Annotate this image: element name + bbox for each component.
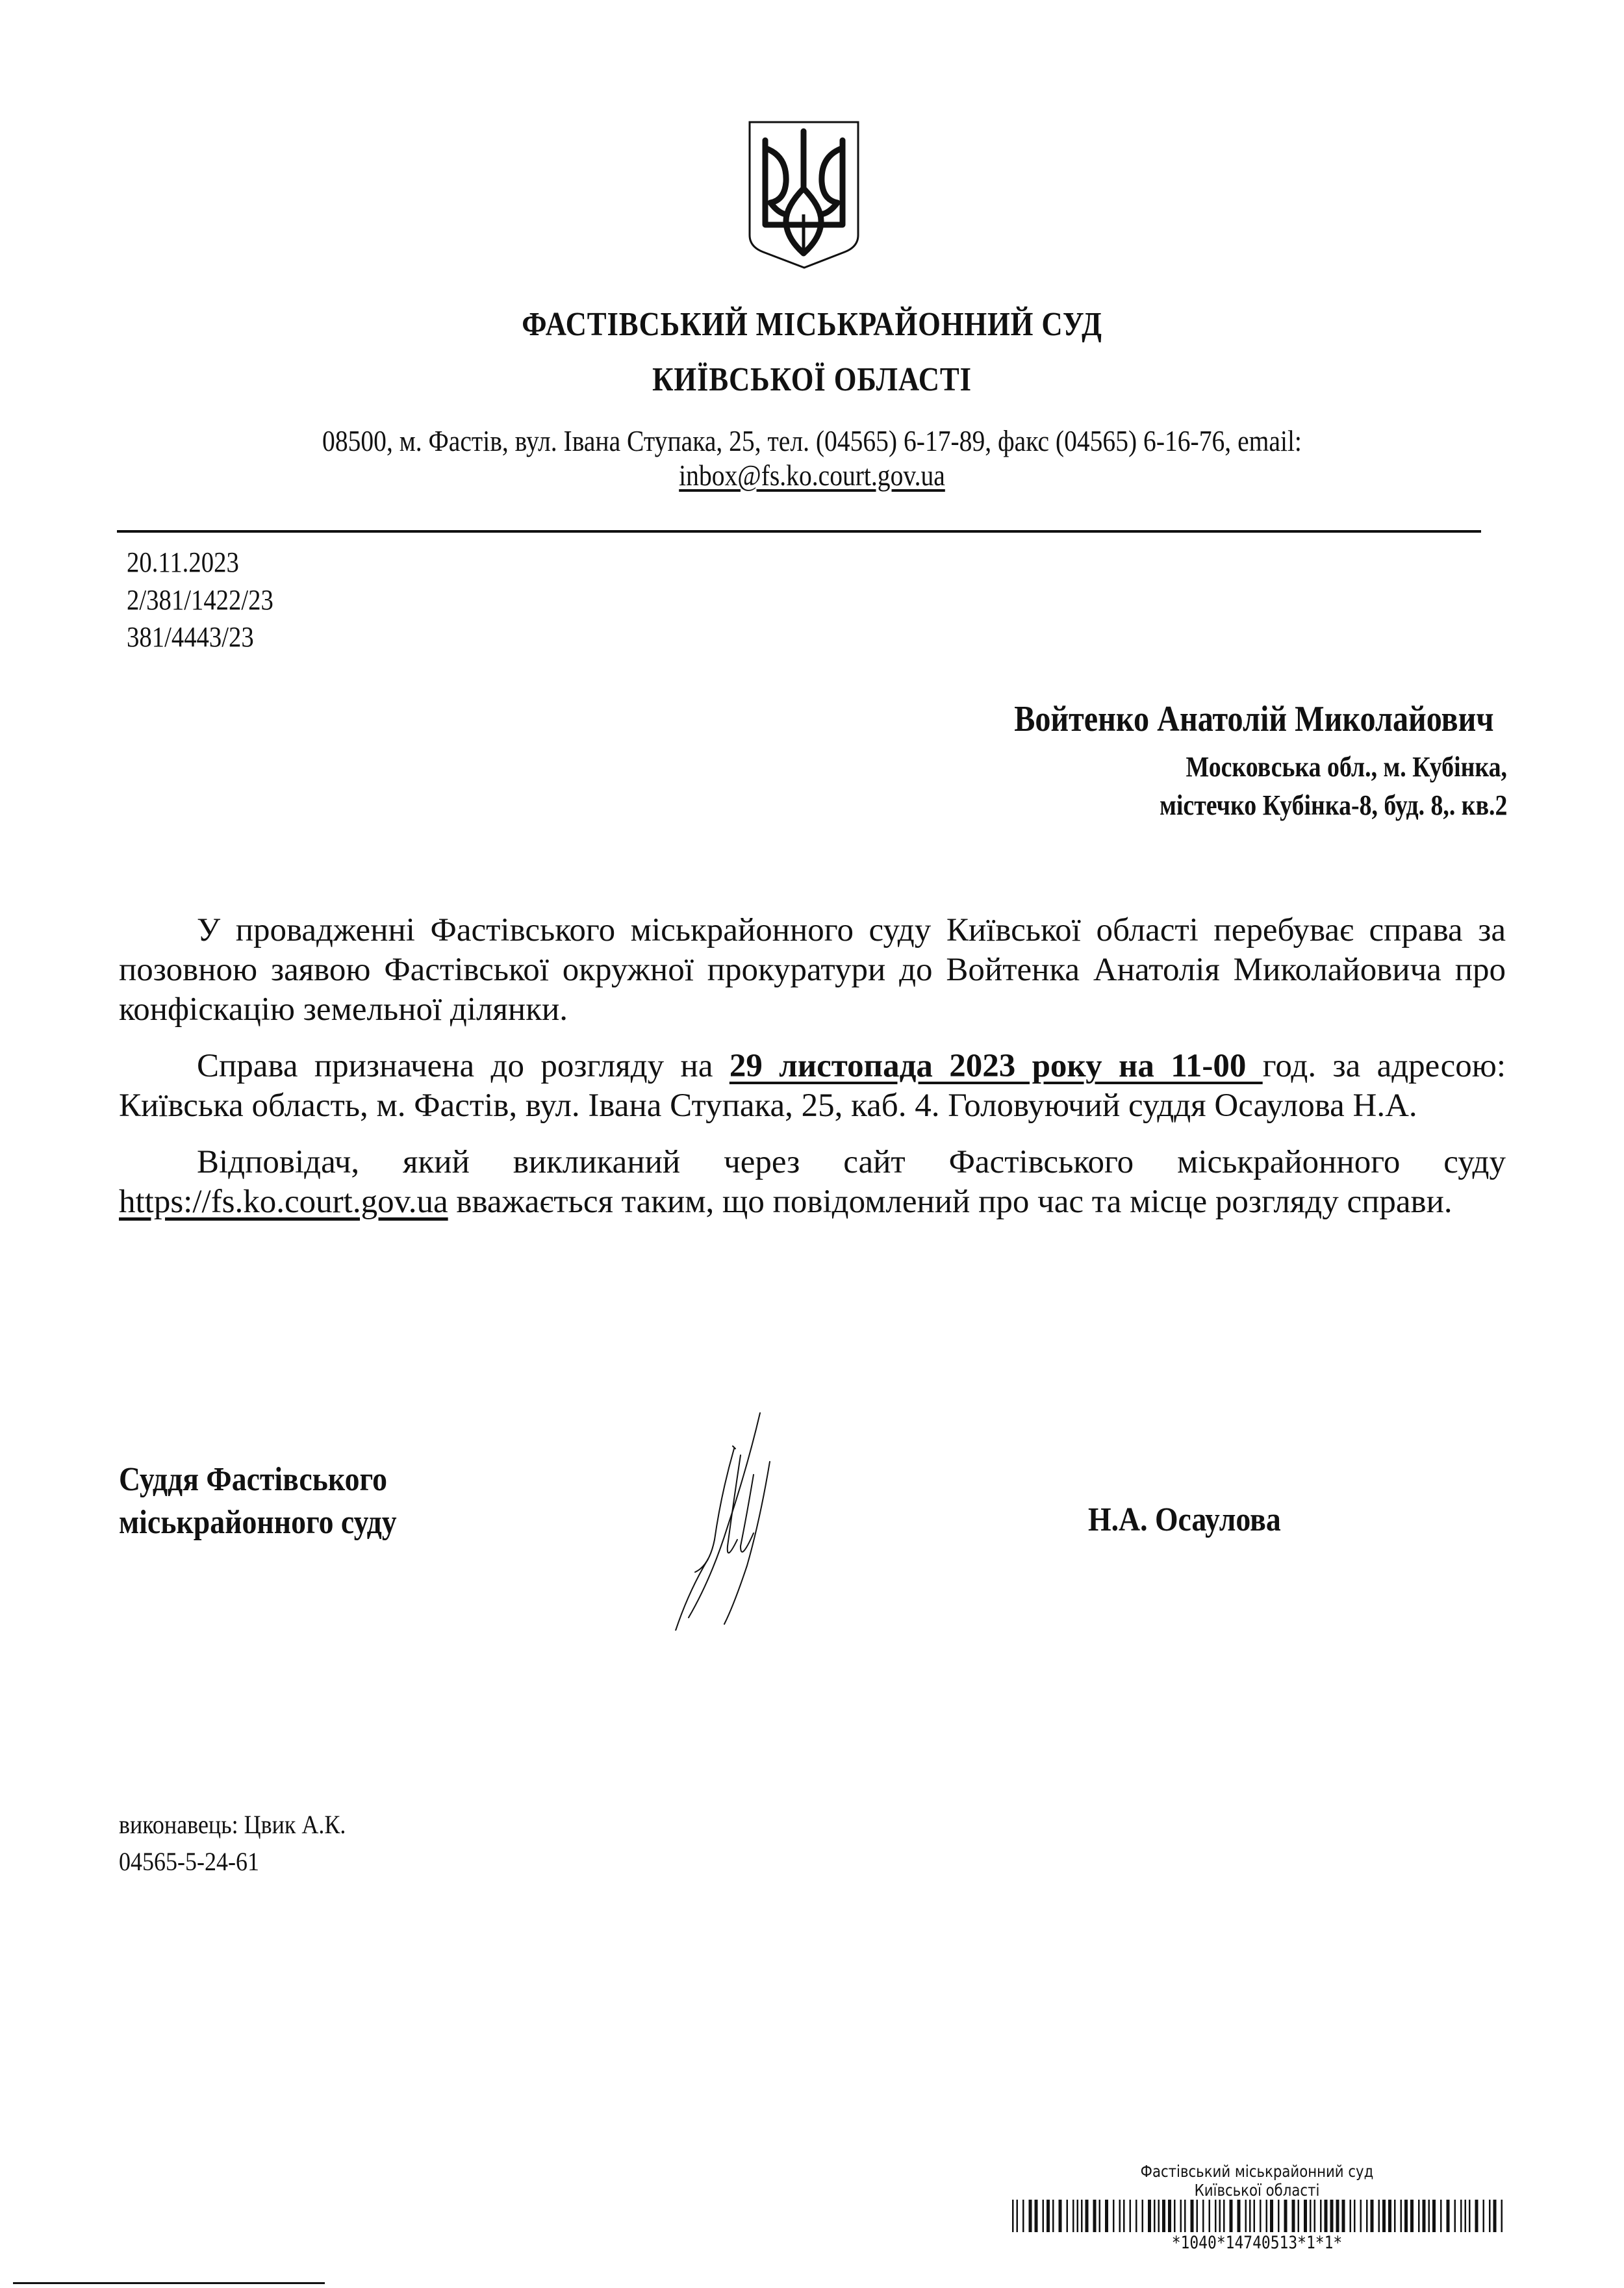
paragraph-proceedings: У провадженні Фастівського міськрайонног… (119, 911, 1506, 1030)
court-name-line1: ФАСТІВСЬКИЙ МІСЬКРАЙОННИЙ СУД (114, 305, 1510, 344)
recipient-name: Войтенко Анатолій Миколайович (1015, 698, 1494, 740)
court-name-line2: КИЇВСЬКОЇ ОБЛАСТІ (114, 361, 1510, 399)
recipient-address-line2: містечко Кубінка-8, буд. 8,. кв.2 (1160, 789, 1507, 822)
barcode-number: *1040*14740513*1*1* (1039, 2233, 1475, 2253)
hearing-prefix: Справа призначена до розгляду на (197, 1048, 730, 1084)
letter-body: У провадженні Фастівського міськрайонног… (119, 911, 1506, 1222)
executor-name: виконавець: Цвик А.К. (119, 1809, 346, 1840)
notification-prefix: Відповідач, який викликаний через сайт Ф… (197, 1144, 1506, 1180)
scan-edge-line (13, 2282, 325, 2284)
court-address: 08500, м. Фастів, вул. Івана Ступака, 25… (114, 424, 1510, 458)
court-email-row: inbox@fs.ko.court.gov.ua (114, 458, 1510, 492)
stamp-court-name: Фастівський міськрайонний суд (1039, 2162, 1475, 2181)
coat-of-arms-icon (747, 117, 861, 273)
signer-title-line1: Суддя Фастівського (119, 1458, 397, 1501)
barcode-icon (1012, 2200, 1506, 2232)
paragraph-notification: Відповідач, який викликаний через сайт Ф… (119, 1143, 1506, 1222)
hearing-datetime: 29 листопада 2023 року на 11-00 (730, 1048, 1263, 1084)
recipient-address-line1: Московська обл., м. Кубінка, (1186, 750, 1508, 783)
signature-icon (650, 1410, 806, 1631)
header-divider (117, 530, 1481, 533)
court-website-link[interactable]: https://fs.ko.court.gov.ua (119, 1184, 448, 1220)
case-number: 381/4443/23 (127, 620, 254, 654)
signer-title-line2: міськрайонного суду (119, 1501, 397, 1544)
signer-name: Н.А. Осаулова (1088, 1501, 1281, 1539)
outgoing-number: 2/381/1422/23 (127, 583, 273, 616)
document-date: 20.11.2023 (127, 546, 239, 579)
paragraph-hearing: Справа призначена до розгляду на 29 лист… (119, 1047, 1506, 1126)
signer-title: Суддя Фастівського міськрайонного суду (119, 1458, 397, 1544)
notification-suffix: вважається таким, що повідомлений про ча… (448, 1184, 1453, 1220)
court-email-link[interactable]: inbox@fs.ko.court.gov.ua (679, 459, 945, 492)
executor-phone: 04565-5-24-61 (119, 1846, 259, 1877)
stamp-region: Київської області (1039, 2181, 1475, 2200)
